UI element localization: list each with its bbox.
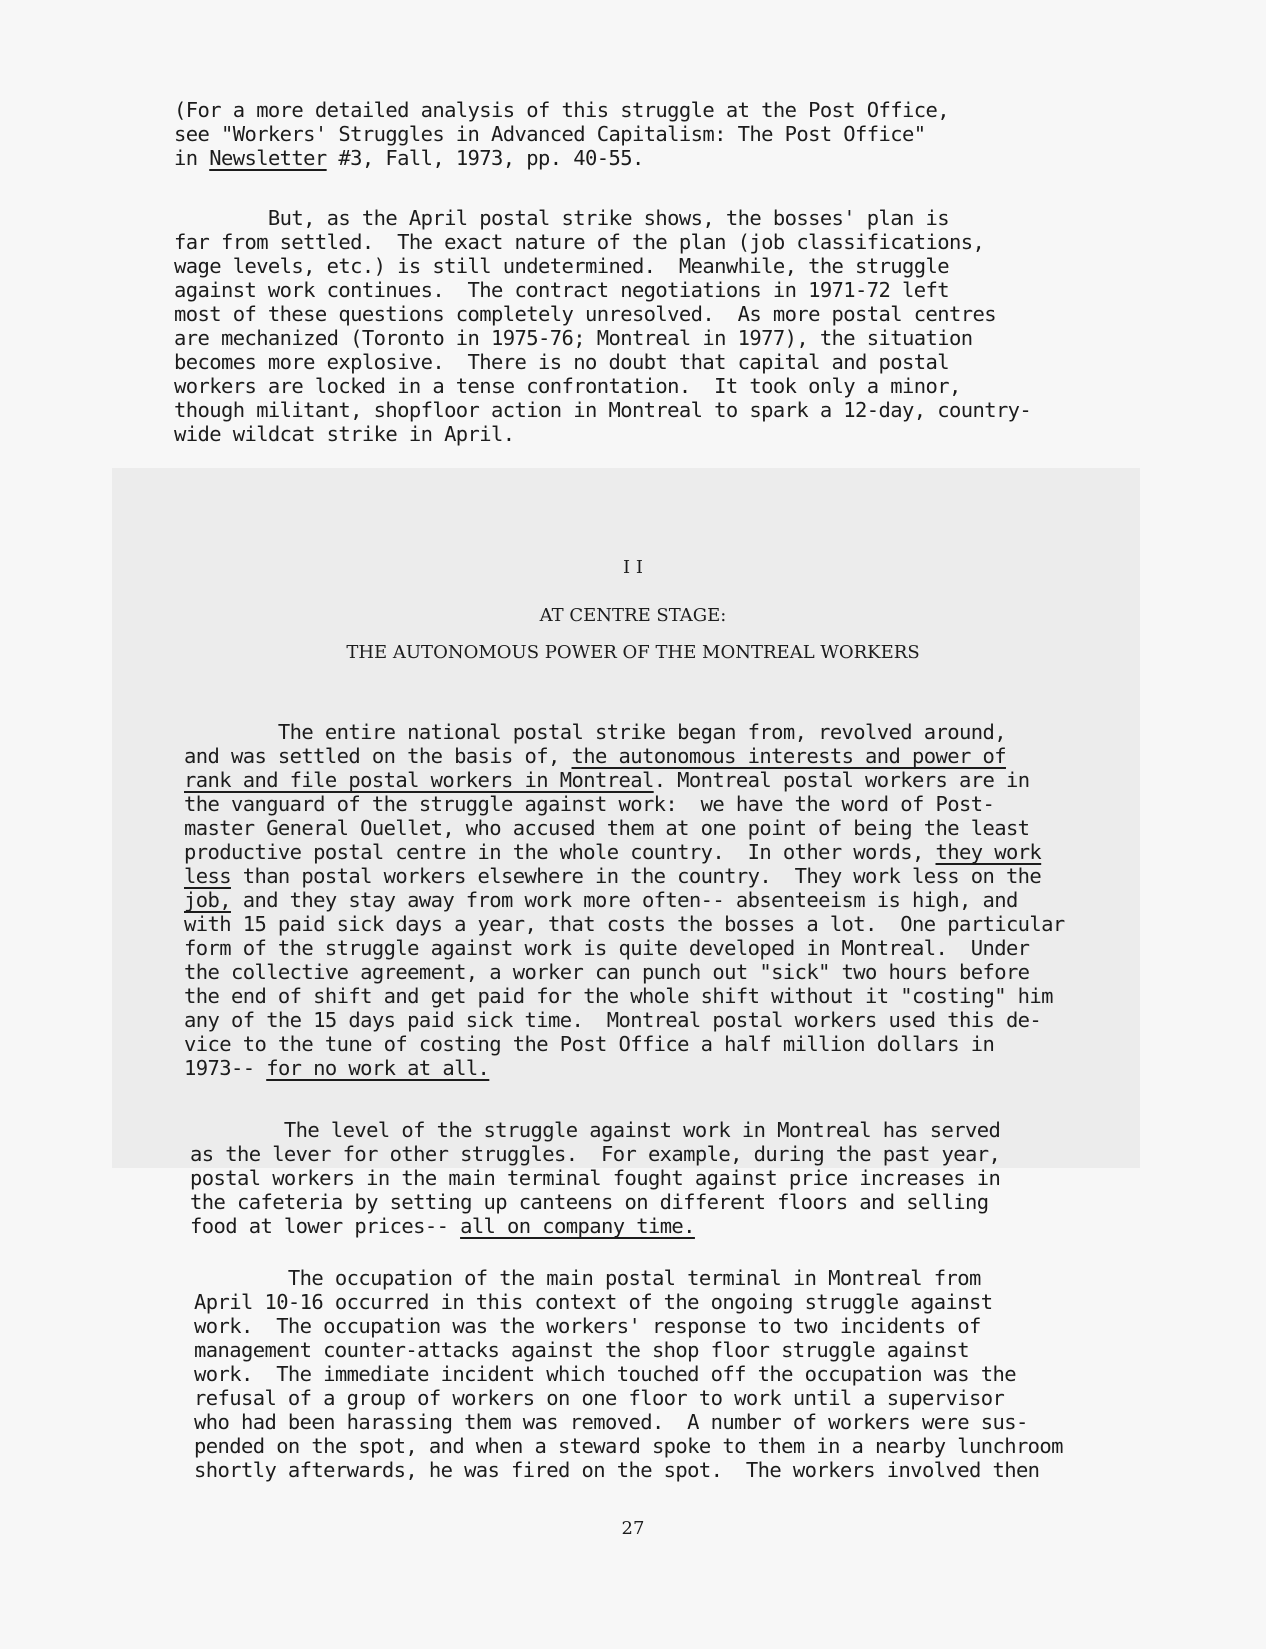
p3-line-5: food at lower prices-- all on company ti… xyxy=(190,1214,695,1238)
p4-line-7: who had been harassing them was removed.… xyxy=(194,1410,1028,1434)
p2-emphasis-4: less xyxy=(184,864,231,888)
p3-line-1: The level of the struggle against work i… xyxy=(190,1118,1000,1142)
p2-line-6-text: productive postal centre in the whole co… xyxy=(184,840,936,864)
p1-line-9: though militant, shopfloor action in Mon… xyxy=(174,398,1031,422)
p4-line-2: April 10-16 occurred in this context of … xyxy=(194,1290,992,1314)
p3-line-2: as the lever for other struggles. For ex… xyxy=(190,1142,1000,1166)
intro-line-1: (For a more detailed analysis of this st… xyxy=(174,98,949,122)
p2-line-4: the vanguard of the struggle against wor… xyxy=(184,792,994,816)
p1-line-4: against work continues. The contract neg… xyxy=(174,278,949,302)
p4-line-9: shortly afterwards, he was fired on the … xyxy=(194,1458,1039,1482)
p2-line-7: less than postal workers elsewhere in th… xyxy=(184,864,1041,888)
p1-line-8: workers are locked in a tense confrontat… xyxy=(174,374,961,398)
p2-line-2: and was settled on the basis of, the aut… xyxy=(184,744,1006,768)
p2-line-12: the end of shift and get paid for the wh… xyxy=(184,984,1053,1008)
p1-line-2: far from settled. The exact nature of th… xyxy=(174,230,984,254)
p1-line-3: wage levels, etc.) is still undetermined… xyxy=(174,254,949,278)
p2-emphasis-6: for no work at all. xyxy=(266,1056,489,1080)
p2-line-11: the collective agreement, a worker can p… xyxy=(184,960,1029,984)
p1-line-7: becomes more explosive. There is no doub… xyxy=(174,350,949,374)
p1-line-5: most of these questions completely unres… xyxy=(174,302,996,326)
intro-line-2: see "Workers' Struggles in Advanced Capi… xyxy=(174,122,926,146)
p2-line-3: rank and file postal workers in Montreal… xyxy=(184,768,1029,792)
intro-line-3: in Newsletter #3, Fall, 1973, pp. 40-55. xyxy=(174,146,644,170)
p2-line-7-text: than postal workers elsewhere in the cou… xyxy=(231,864,1041,888)
p2-line-6: productive postal centre in the whole co… xyxy=(184,840,1041,864)
p2-line-2-text: and was settled on the basis of, xyxy=(184,744,572,768)
p4-line-3: work. The occupation was the workers' re… xyxy=(194,1314,981,1338)
p1-line-1: But, as the April postal strike shows, t… xyxy=(174,206,949,230)
p4-line-6: refusal of a group of workers on one flo… xyxy=(194,1386,1004,1410)
p2-line-1: The entire national postal strike began … xyxy=(184,720,1006,744)
p3-line-4: the cafeteria by setting up canteens on … xyxy=(190,1190,988,1214)
p2-line-8-text: and they stay away from work more often-… xyxy=(231,888,1018,912)
p2-emphasis-5: job, xyxy=(184,888,231,912)
p2-line-5: master General Ouellet, who accused them… xyxy=(184,816,1029,840)
p4-line-4: management counter-attacks against the s… xyxy=(194,1338,969,1362)
newsletter-title-underlined: Newsletter xyxy=(209,146,326,170)
p2-line-15-text: 1973-- xyxy=(184,1056,266,1080)
p1-line-10: wide wildcat strike in April. xyxy=(174,422,515,446)
intro-line-3-head: in xyxy=(174,146,209,170)
p2-line-14: vice to the tune of costing the Post Off… xyxy=(184,1032,994,1056)
p1-line-6: are mechanized (Toronto in 1975-76; Mont… xyxy=(174,326,972,350)
p4-line-1: The occupation of the main postal termin… xyxy=(194,1266,981,1290)
p3-line-5-text: food at lower prices-- xyxy=(190,1214,460,1238)
section-title-line-1: AT CENTRE STAGE: xyxy=(0,604,1266,628)
p2-emphasis-1: the autonomous interests and power of xyxy=(572,744,1006,768)
p2-line-8: job, and they stay away from work more o… xyxy=(184,888,1018,912)
page-number: 27 xyxy=(0,1518,1266,1539)
section-title-line-2: THE AUTONOMOUS POWER OF THE MONTREAL WOR… xyxy=(0,641,1266,665)
p3-emphasis: all on company time. xyxy=(460,1214,695,1238)
p2-line-15: 1973-- for no work at all. xyxy=(184,1056,489,1080)
p2-emphasis-2: rank and file postal workers in Montreal xyxy=(184,768,654,792)
p2-line-10: form of the struggle against work is qui… xyxy=(184,936,1029,960)
p4-line-8: pended on the spot, and when a steward s… xyxy=(194,1434,1063,1458)
p4-line-5: work. The immediate incident which touch… xyxy=(194,1362,1016,1386)
section-numeral: I I xyxy=(0,556,1266,580)
p2-emphasis-3: they work xyxy=(936,840,1042,864)
document-page: (For a more detailed analysis of this st… xyxy=(0,0,1266,1649)
intro-line-3-tail: #3, Fall, 1973, pp. 40-55. xyxy=(327,146,644,170)
p2-line-13: any of the 15 days paid sick time. Montr… xyxy=(184,1008,1041,1032)
p3-line-3: postal workers in the main terminal foug… xyxy=(190,1166,1000,1190)
p2-line-9: with 15 paid sick days a year, that cost… xyxy=(184,912,1065,936)
p2-line-3-text: . Montreal postal workers are in xyxy=(654,768,1030,792)
